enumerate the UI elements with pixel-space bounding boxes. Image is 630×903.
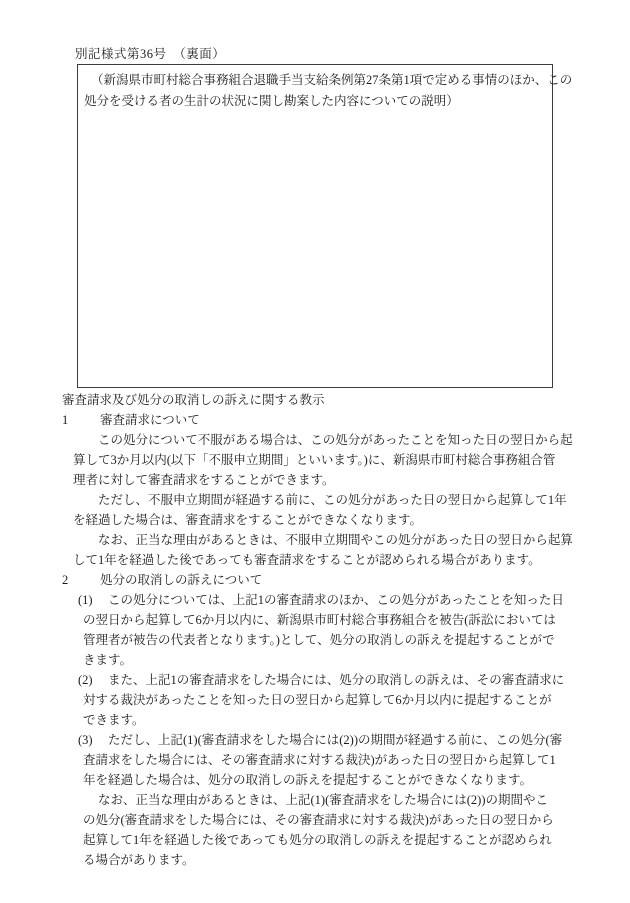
notice-subitem-2: (2)また、上記1の審査請求をした場合には、処分の取消しの訴えは、その審査請求に (78, 670, 582, 690)
line-text: この処分については、上記1の審査請求のほか、この処分があったことを知った日 (108, 593, 564, 607)
line-text: また、上記1の審査請求をした場合には、処分の取消しの訴えは、その審査請求に (108, 673, 564, 687)
notice-line: を経過した場合は、審査請求をすることができなくなります。 (73, 510, 582, 530)
notice-item-2: 2処分の取消しの訴えについて (62, 570, 582, 590)
notice-subitem-1: (1)この処分については、上記1の審査請求のほか、この処分があったことを知った日 (78, 590, 582, 610)
document-page: 別記様式第36号 （裏面） （新潟県市町村総合事務組合退職手当支給条例第27条第… (0, 0, 630, 903)
notice-line: なお、正当な理由があるときは、上記(1)(審査請求をした場合には(2))の期間や… (98, 790, 582, 810)
item-heading: 処分の取消しの訴えについて (100, 573, 262, 587)
notice-line: なお、正当な理由があるときは、不服申立期間やこの処分があった日の翌日から起算 (98, 530, 582, 550)
notice-line: 算して3か月以内(以下「不服申立期間」といいます。)に、新潟県市町村総合事務組合… (73, 450, 582, 470)
notice-line: る場合があります。 (83, 850, 582, 870)
notice-line: 理者に対して審査請求をすることができます。 (73, 470, 582, 490)
subitem-marker: (2) (78, 670, 108, 690)
notice-line: 対する裁決があったことを知った日の翌日から起算して6か月以内に提起することが (83, 690, 582, 710)
notice-line: 起算して1年を経過した後であっても処分の取消しの訴えを提起することが認められ (83, 830, 582, 850)
remarks-box: （新潟県市町村総合事務組合退職手当支給条例第27条第1項で定める事情のほか、この… (77, 64, 553, 388)
notice-line: 管理者が被告の代表者となります。)として、処分の取消しの訴えを提起することがで (83, 630, 582, 650)
item-number: 1 (62, 410, 100, 430)
notice-line: 年を経過した場合は、処分の取消しの訴えを提起することができなくなります。 (83, 770, 582, 790)
line-text: ただし、上記(1)(審査請求をした場合には(2))の期間が経過する前に、この処分… (108, 733, 562, 747)
notice-line: の翌日から起算して6か月以内に、新潟県市町村総合事務組合を被告(訴訟においては (83, 610, 582, 630)
notice-line: きます。 (83, 650, 582, 670)
subitem-marker: (3) (78, 730, 108, 750)
remarks-text-line: 処分を受ける者の生計の状況に関し勘案した内容についての説明） (84, 91, 546, 112)
notice-item-1: 1審査請求について (62, 410, 582, 430)
notice-line: できます。 (83, 710, 582, 730)
appeal-notice-section: 審査請求及び処分の取消しの訴えに関する教示 1審査請求について この処分について… (62, 390, 582, 870)
notice-line: して1年を経過した後であっても審査請求をすることが認められる場合があります。 (73, 550, 582, 570)
notice-line: 査請求をした場合には、その審査請求に対する裁決)があった日の翌日から起算して1 (83, 750, 582, 770)
item-number: 2 (62, 570, 100, 590)
notice-line: この処分について不服がある場合は、この処分があったことを知った日の翌日から起 (98, 430, 582, 450)
notice-subitem-3: (3)ただし、上記(1)(審査請求をした場合には(2))の期間が経過する前に、こ… (78, 730, 582, 750)
form-number-label: 別記様式第36号 （裏面） (75, 44, 225, 62)
notice-title: 審査請求及び処分の取消しの訴えに関する教示 (62, 390, 582, 410)
remarks-text-line: （新潟県市町村総合事務組合退職手当支給条例第27条第1項で定める事情のほか、この (84, 70, 546, 91)
notice-line: の処分(審査請求をした場合には、その審査請求に対する裁決)があった日の翌日から (83, 810, 582, 830)
subitem-marker: (1) (78, 590, 108, 610)
notice-line: ただし、不服申立期間が経過する前に、この処分があった日の翌日から起算して1年 (98, 490, 582, 510)
item-heading: 審査請求について (100, 413, 200, 427)
